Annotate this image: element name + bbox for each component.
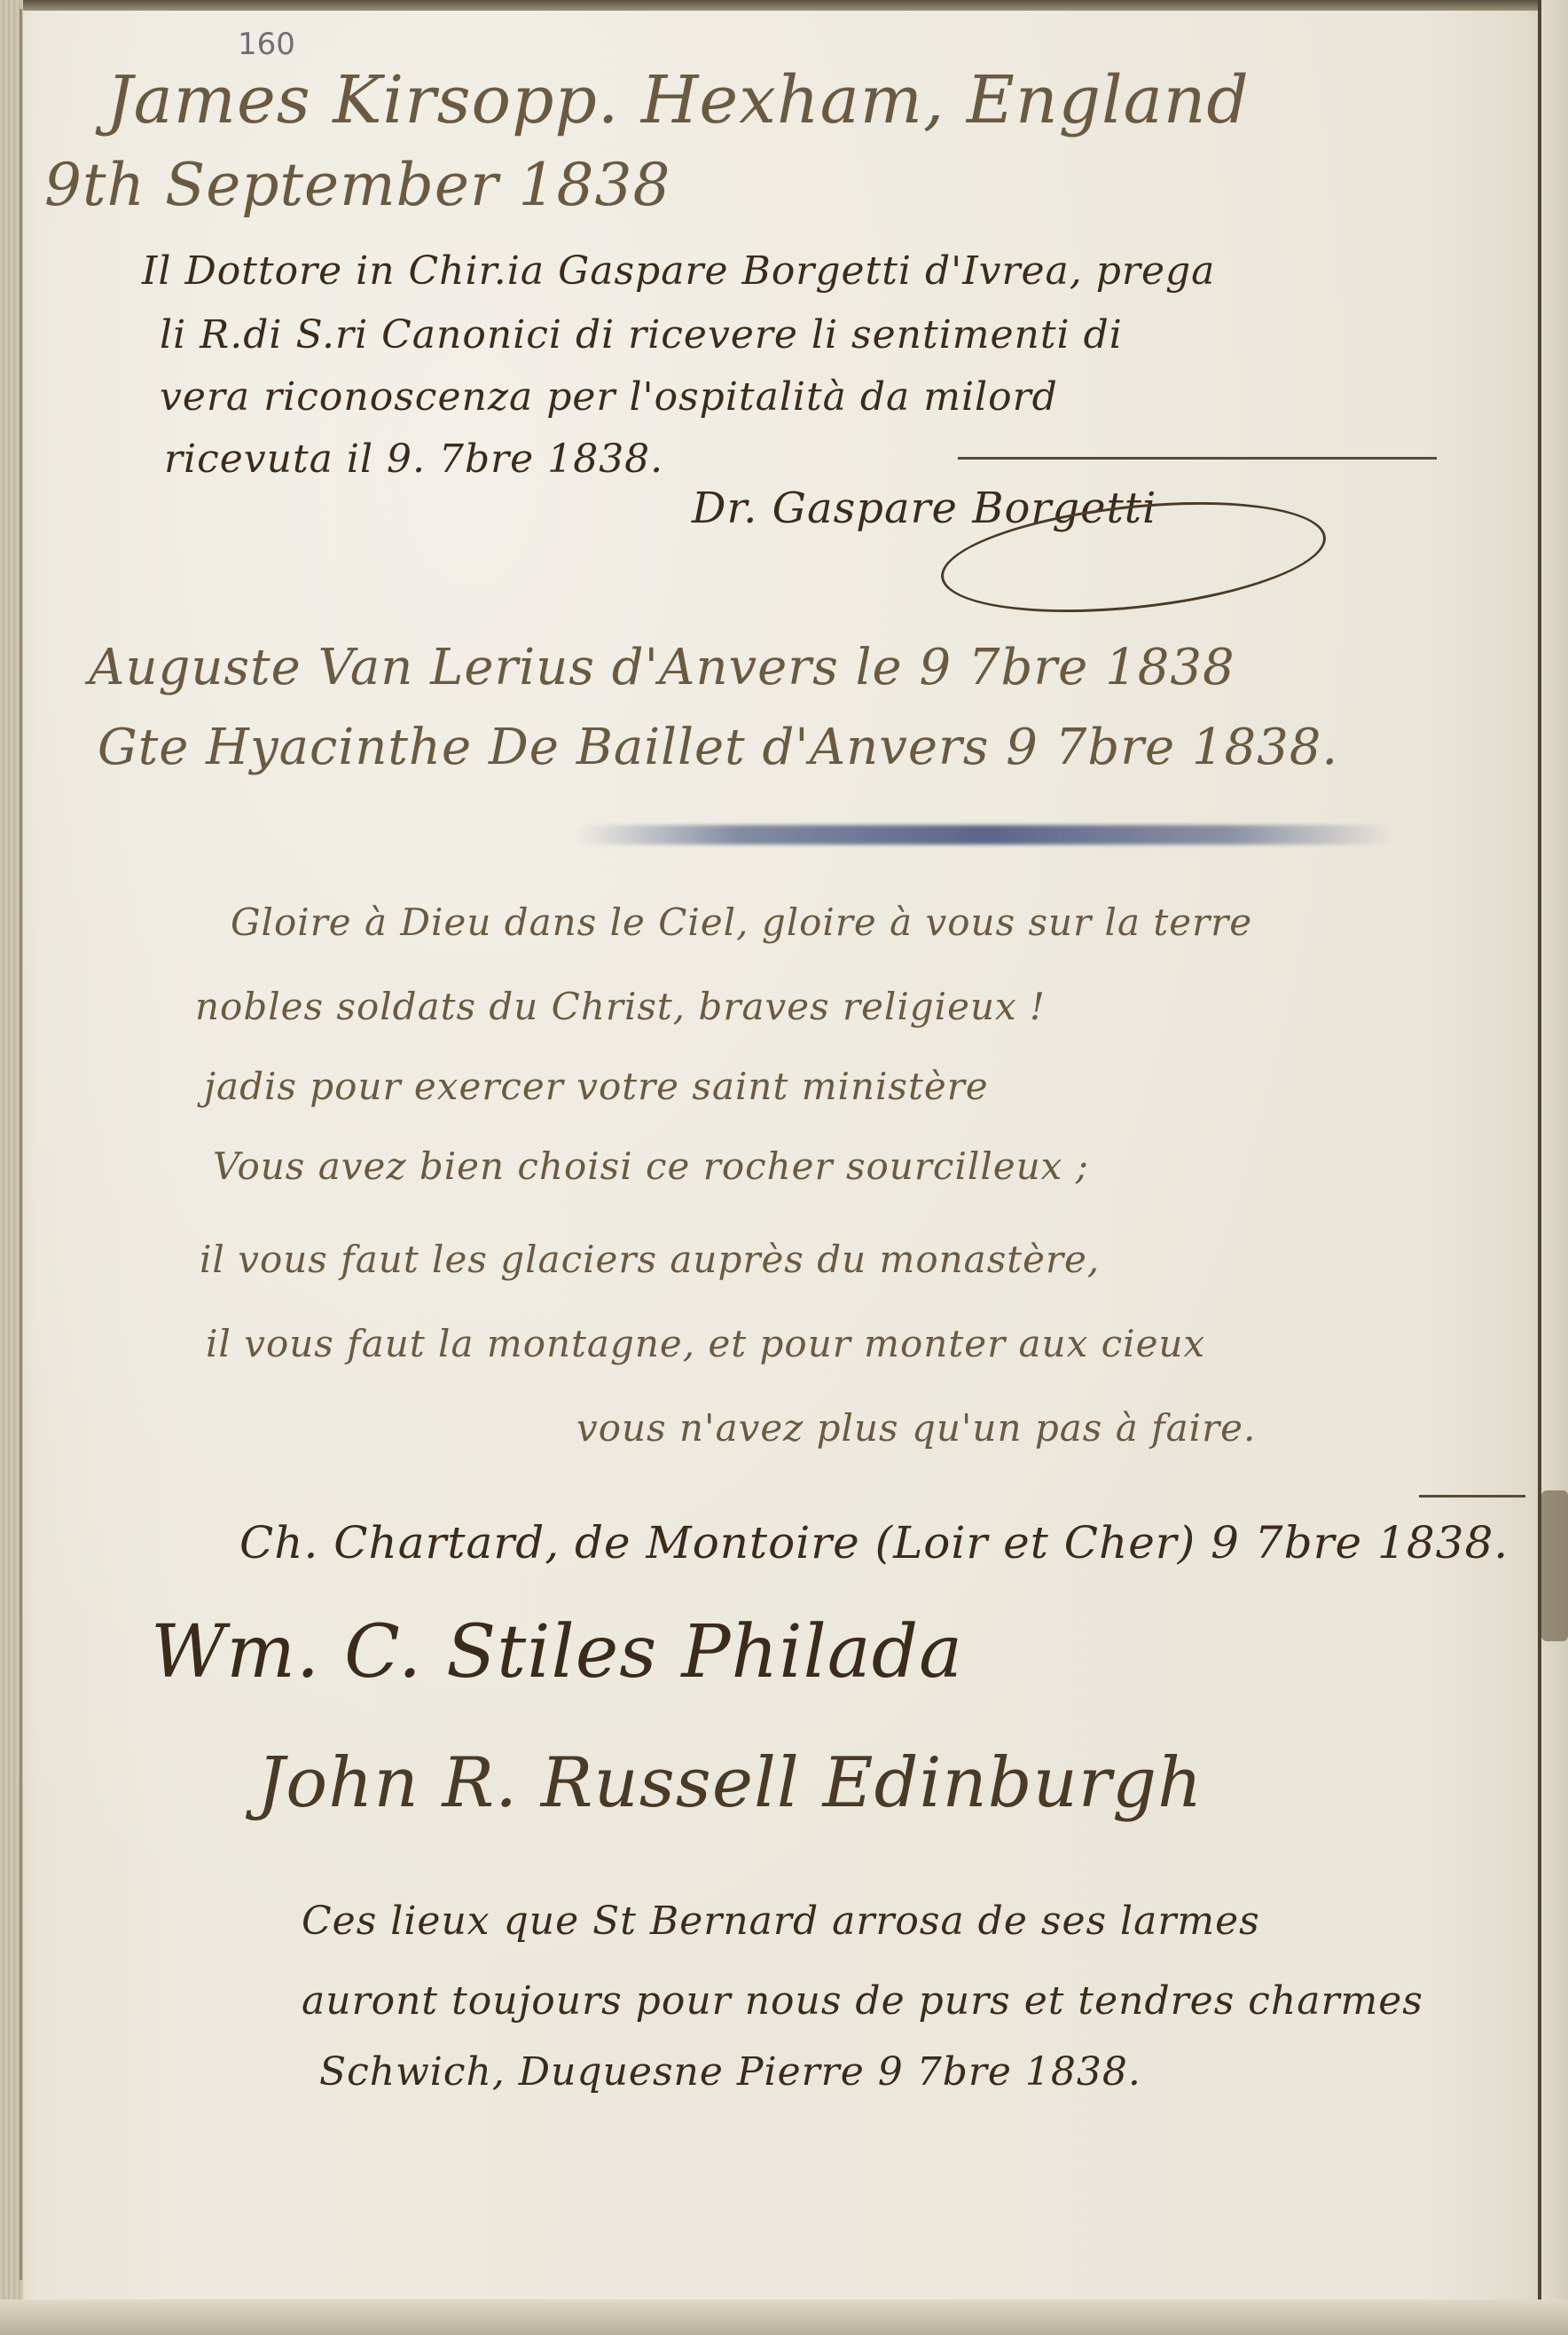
signature-rule [958, 457, 1437, 460]
page-bottom-edge [0, 2300, 1568, 2335]
poem-line-7: vous n'avez plus qu'un pas à faire. [576, 1406, 1256, 1450]
entry-chartard: Ch. Chartard, de Montoire (Loir et Cher)… [239, 1517, 1509, 1568]
entry-schwich-line-2: auront toujours pour nous de purs et ten… [302, 1978, 1423, 2024]
binding-gutter [1538, 0, 1541, 2335]
poem-line-4: Vous avez bien choisi ce rocher sourcill… [213, 1144, 1089, 1188]
poem-line-6: il vous faut la montagne, et pour monter… [206, 1322, 1205, 1365]
page-number: 160 [238, 27, 295, 62]
entry-van-lerius-line-2: Gte Hyacinthe De Baillet d'Anvers 9 7bre… [98, 719, 1338, 776]
poem-line-1: Gloire à Dieu dans le Ciel, gloire à vou… [231, 900, 1252, 944]
poem-line-5: il vous faut les glaciers auprès du mona… [200, 1238, 1100, 1281]
chartard-rule [1419, 1495, 1525, 1498]
entry-borgetti-line-1: Il Dottore in Chir.ia Gaspare Borgetti d… [142, 248, 1215, 294]
manuscript-page: 160 James Kirsopp. Hexham, England 9th S… [0, 0, 1568, 2335]
poem-line-3: jadis pour exercer votre saint ministère [204, 1065, 989, 1108]
entry-russell: John R. Russell Edinburgh [257, 1743, 1203, 1823]
entry-borgetti-line-4: ricevuta il 9. 7bre 1838. [164, 436, 663, 482]
entry-borgetti-line-3: vera riconoscenza per l'ospitalità da mi… [160, 374, 1058, 420]
entry-stiles: Wm. C. Stiles Philada [151, 1610, 963, 1694]
adjacent-page-strip [1541, 0, 1568, 2335]
ink-stain [1541, 1490, 1568, 1641]
poem-line-2: nobles soldats du Christ, braves religie… [195, 985, 1046, 1028]
entry-kirsopp-line-1: James Kirsopp. Hexham, England [106, 62, 1250, 138]
entry-borgetti-line-2: li R.di S.ri Canonici di ricevere li sen… [160, 312, 1123, 358]
entry-kirsopp-line-2: 9th September 1838 [44, 151, 671, 219]
page-top-edge [0, 0, 1568, 11]
entry-schwich-line-1: Ces lieux que St Bernard arrosa de ses l… [302, 1899, 1260, 1944]
entry-van-lerius-line-1: Auguste Van Lerius d'Anvers le 9 7bre 18… [89, 639, 1235, 696]
blue-ink-smudge [576, 825, 1392, 845]
entry-schwich-line-3: Schwich, Duquesne Pierre 9 7bre 1838. [319, 2049, 1141, 2095]
margin-rule [20, 9, 22, 2280]
